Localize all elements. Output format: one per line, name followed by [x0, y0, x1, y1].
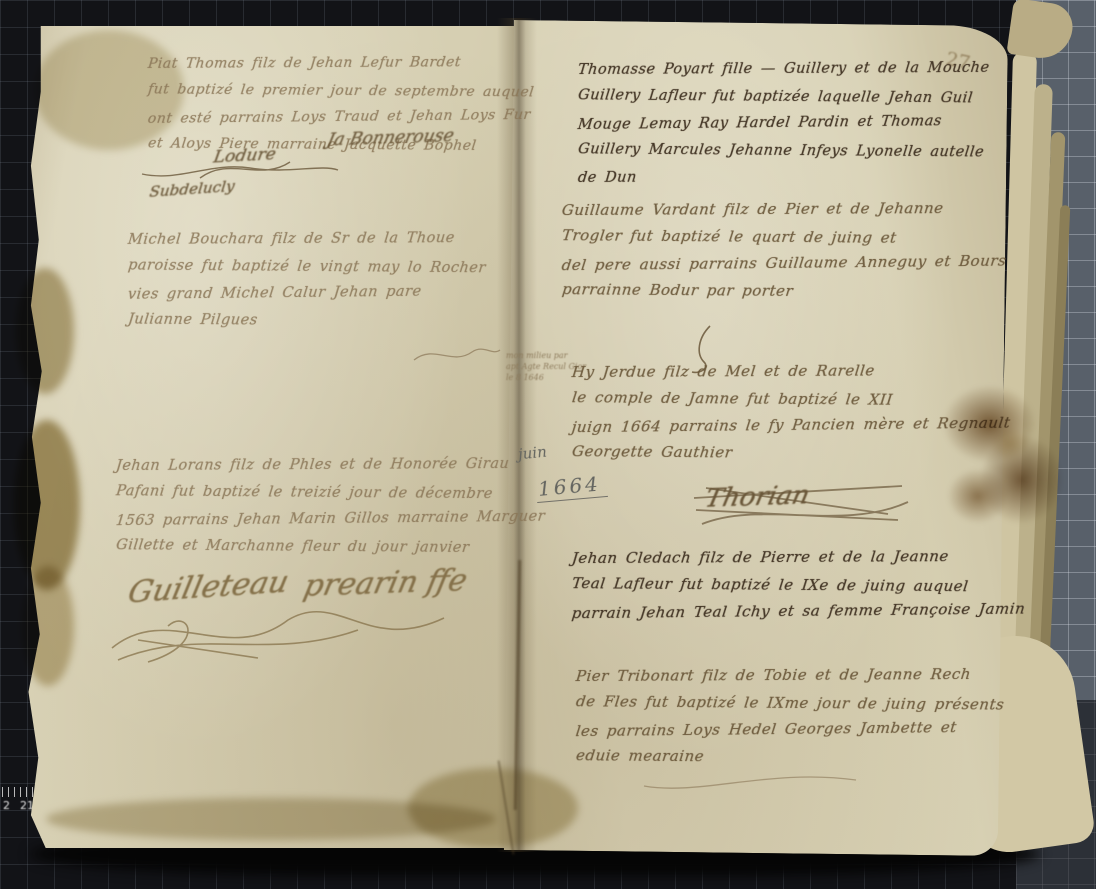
handwritten-line: les parrains Loys Hedel Georges Jambette… — [574, 714, 1006, 745]
baptism-entry-right-2: Guillaume Vardant filz de Pier et de Jeh… — [562, 196, 1006, 304]
handwritten-line: parrain Jehan Teal Ichy et sa femme Fran… — [570, 596, 1027, 628]
handwritten-line: Mouge Lemay Ray Hardel Pardin et Thomas — [576, 108, 991, 139]
handwritten-line: parrainne Bodur par porter — [561, 276, 1008, 306]
handwritten-line: del pere aussi parrains Guillaume Annegu… — [560, 248, 1008, 280]
pen-flourish — [412, 340, 502, 370]
handwritten-line: Guillery Marcules Jehanne Infeys Lyonell… — [577, 136, 991, 166]
baptism-entry-right-5: Pier Tribonart filz de Tobie et de Jeann… — [576, 662, 1005, 770]
baptism-entry-left-3: Jehan Lorans filz de Phles et de Honorée… — [116, 452, 545, 560]
torn-edge-damage — [14, 420, 80, 590]
strike-through-flourish — [692, 480, 912, 540]
handwritten-line: Pier Tribonart filz de Tobie et de Jeann… — [575, 661, 1006, 690]
manuscript-photo: 2 21 2 Piat Thomas filz de Jehan Lefur B… — [0, 0, 1096, 889]
large-ink-stain — [934, 378, 1080, 542]
baptism-entry-left-2: Michel Bouchara filz de Sr de la Thoue p… — [128, 226, 486, 334]
handwritten-line: Jehan Cledach filz de Pierre et de la Je… — [571, 543, 1027, 572]
handwritten-line: Thomasse Poyart fille — Guillery et de l… — [577, 55, 991, 84]
paper-wear — [408, 768, 578, 848]
pen-flourish — [640, 762, 860, 798]
baptism-entry-right-1: Thomasse Poyart fille — Guillery et de l… — [578, 56, 989, 191]
handwritten-line: vies grand Michel Calur Jehan pare — [126, 278, 487, 309]
handwritten-line: ont esté parrains Loys Traud et Jehan Lo… — [146, 102, 536, 133]
handwritten-line: Michel Bouchara filz de Sr de la Thoue — [127, 225, 488, 254]
handwritten-line: Jehan Lorans filz de Phles et de Honorée… — [115, 451, 547, 480]
margin-month-note: juin — [517, 443, 548, 464]
handwritten-line: Julianne Pilgues — [127, 307, 488, 337]
handwritten-line: de Dun — [577, 163, 991, 192]
baptism-entry-right-4: Jehan Cledach filz de Pierre et de la Je… — [572, 544, 1025, 625]
handwritten-line: Gillette et Marchanne fleur du jour janv… — [115, 532, 546, 562]
torn-edge-damage — [16, 268, 74, 394]
signature-flourish — [108, 596, 448, 666]
handwritten-line: Piat Thomas filz de Jehan Lefur Bardet — [147, 49, 536, 78]
ruler-label: 2 — [3, 799, 10, 812]
handwritten-line: 1563 parrains Jehan Marin Gillos marrain… — [114, 504, 546, 535]
handwritten-line: Guillaume Vardant filz de Pier et de Jeh… — [561, 195, 1008, 224]
torn-edge-damage — [22, 566, 74, 686]
